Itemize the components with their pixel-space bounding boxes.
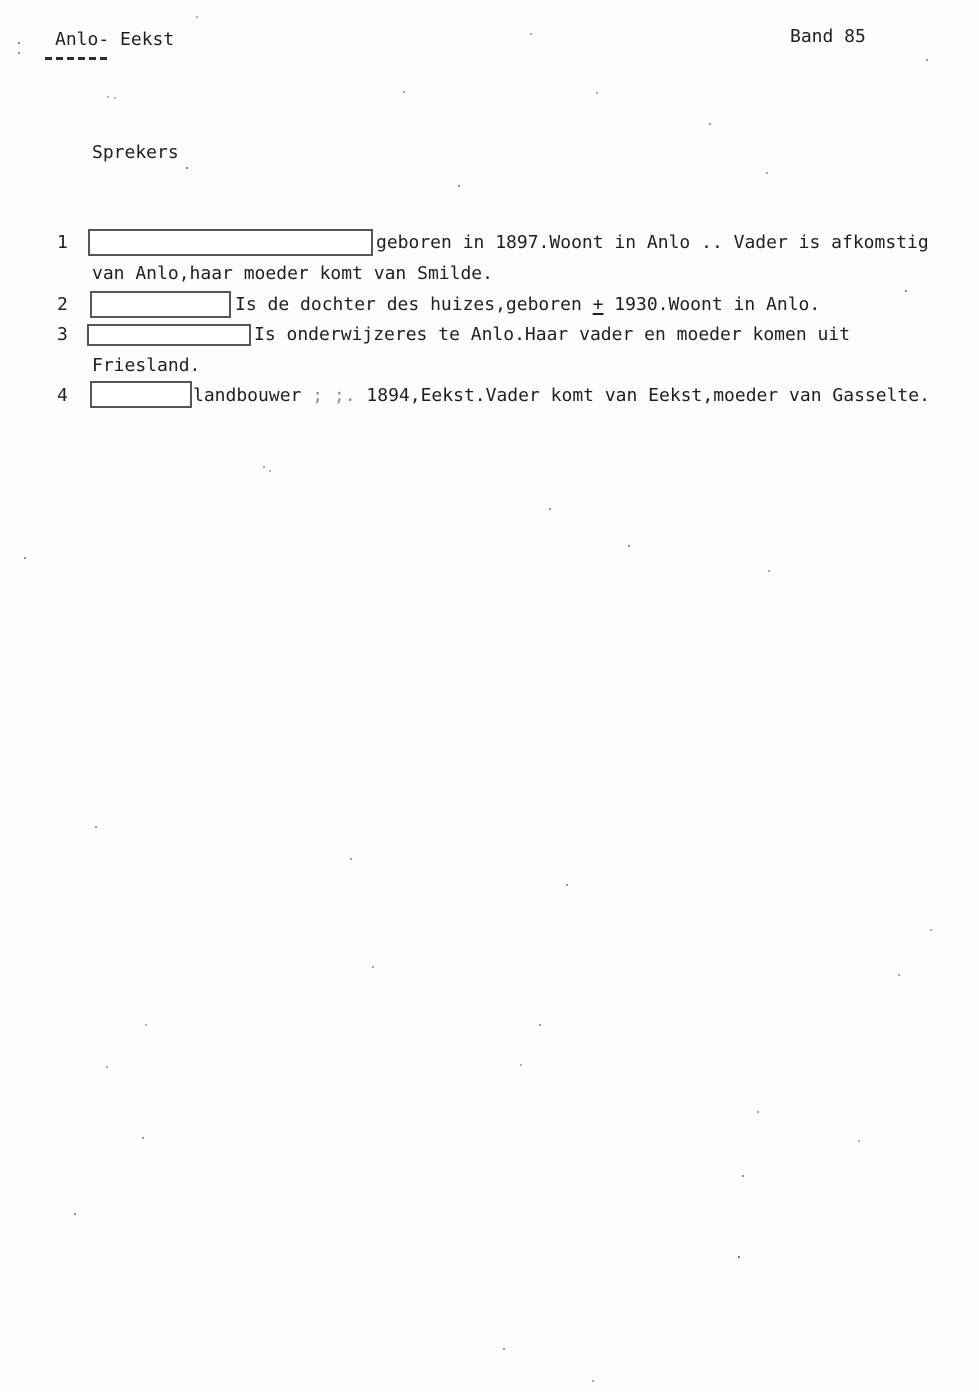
speaker-4-redaction-box — [90, 381, 192, 408]
speaker-4-text-before-faint: landbouwer — [193, 385, 312, 406]
scanned-document-page: Anlo- Eekst Band 85 Sprekers 1 geboren i… — [0, 0, 979, 1392]
speaker-2-text: Is de dochter des huizes,geboren + 1930.… — [235, 294, 820, 316]
speaker-2-number: 2 — [57, 294, 68, 316]
speaker-3-number: 3 — [57, 324, 68, 346]
plus-minus-mark: + — [593, 294, 604, 315]
speaker-4-number: 4 — [57, 385, 68, 407]
speaker-3-text: Is onderwijzeres te Anlo.Haar vader en m… — [254, 324, 850, 346]
speaker-2-text-before-plus-minus: Is de dochter des huizes,geboren — [235, 294, 593, 315]
speaker-3-text-continuation: Friesland. — [92, 355, 200, 377]
faint-overstruck-characters: ; ;. — [312, 385, 355, 406]
band-number: Band 85 — [790, 26, 866, 48]
speaker-2-text-after-plus-minus: 1930.Woont in Anlo. — [603, 294, 820, 315]
speaker-3-redaction-box — [87, 324, 251, 346]
speaker-1-text-continuation: van Anlo,haar moeder komt van Smilde. — [92, 263, 493, 285]
title-underline — [45, 57, 111, 60]
speaker-1-redaction-box — [88, 229, 373, 256]
speaker-1-text: geboren in 1897.Woont in Anlo .. Vader i… — [376, 232, 929, 254]
speaker-4-text-after-faint: 1894,Eekst.Vader komt van Eekst,moeder v… — [356, 385, 930, 406]
speaker-4-text: landbouwer ; ;. 1894,Eekst.Vader komt va… — [193, 385, 930, 407]
page-title: Anlo- Eekst — [55, 29, 174, 51]
section-heading: Sprekers — [92, 142, 179, 164]
speaker-1-number: 1 — [57, 232, 68, 254]
speaker-2-redaction-box — [90, 291, 231, 318]
scan-noise-specks — [0, 0, 2, 2]
